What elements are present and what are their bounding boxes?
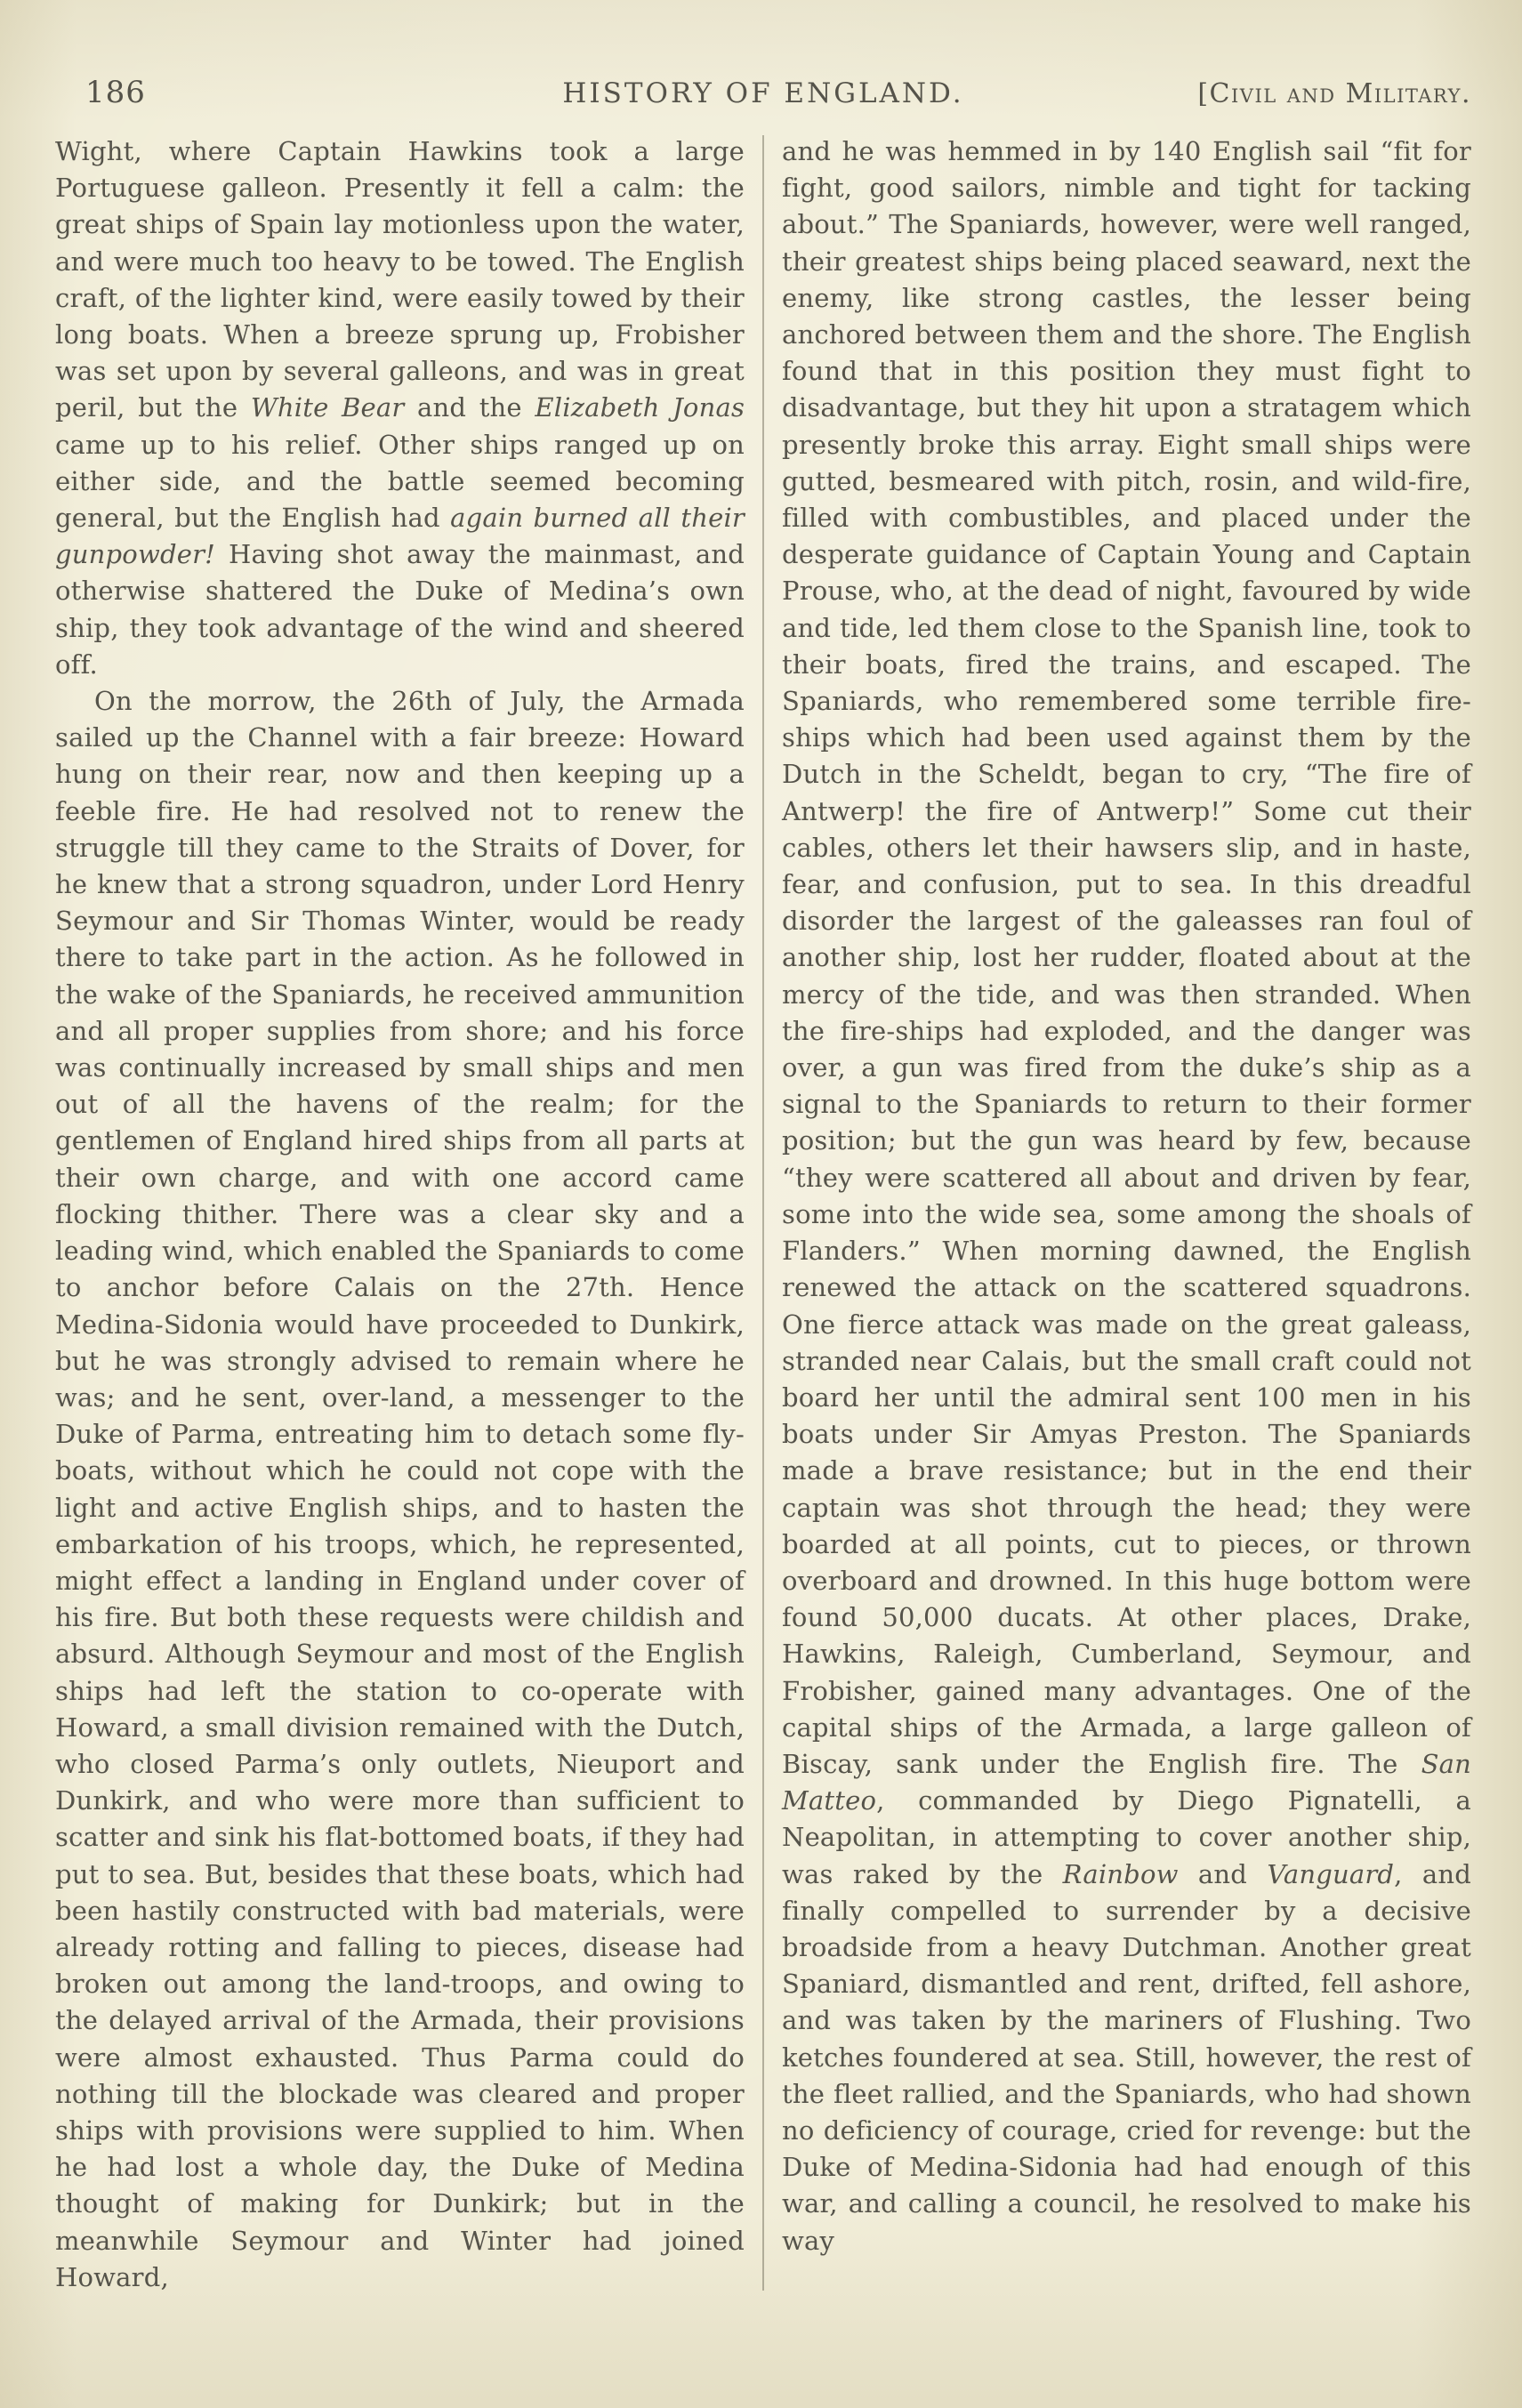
text-columns: Wight, where Captain Hawkins took a larg…	[55, 133, 1471, 2296]
body-text: Wight, where Captain Hawkins took a larg…	[55, 136, 745, 423]
body-text: , and finally compelled to surrender by …	[782, 1859, 1471, 2256]
paragraph: Wight, where Captain Hawkins took a larg…	[55, 133, 745, 683]
body-text: and he was hemmed in by 140 English sail…	[782, 136, 1471, 1779]
paragraph: and he was hemmed in by 140 English sail…	[782, 133, 1471, 2259]
column-divider	[762, 135, 764, 2291]
left-column: Wight, where Captain Hawkins took a larg…	[55, 133, 745, 2296]
italic-text: Elizabeth Jonas	[535, 392, 745, 423]
italic-text: White Bear	[251, 392, 405, 423]
page-number: 186	[55, 75, 146, 110]
italic-text: Vanguard	[1267, 1859, 1394, 1889]
italic-text: Rainbow	[1063, 1859, 1179, 1889]
body-text: and the	[404, 392, 535, 423]
body-text: and	[1179, 1859, 1268, 1889]
running-section-header: [Civil and Military.	[1197, 78, 1471, 109]
page-header: 186 HISTORY OF ENGLAND. [Civil and Milit…	[55, 75, 1471, 110]
page-title: HISTORY OF ENGLAND.	[562, 77, 963, 109]
right-column: and he was hemmed in by 140 English sail…	[782, 133, 1471, 2296]
body-text: On the morrow, the 26th of July, the Arm…	[55, 686, 745, 2292]
paragraph: On the morrow, the 26th of July, the Arm…	[55, 683, 745, 2296]
